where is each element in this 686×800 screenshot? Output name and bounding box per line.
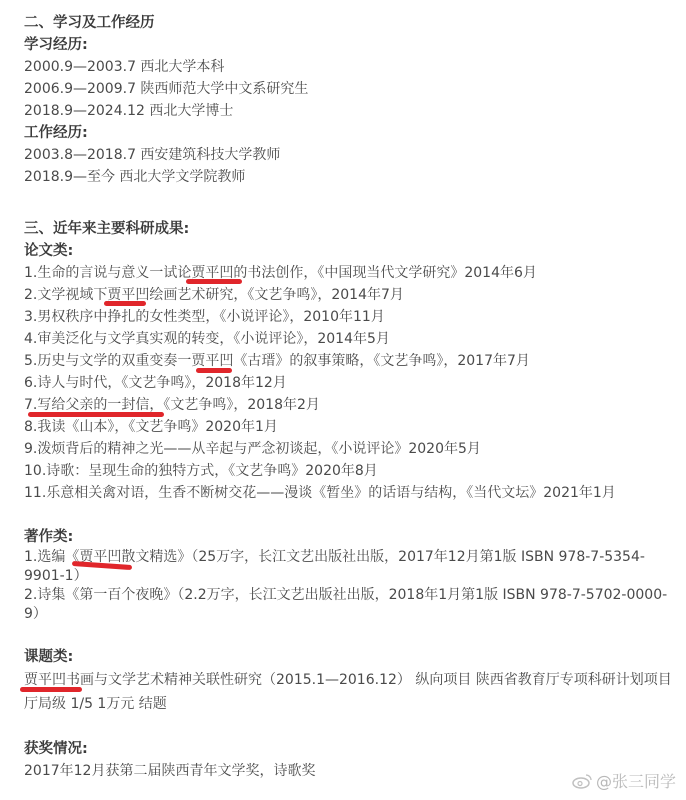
- work-item: 2018.9—至今 西北大学文学院教师: [24, 166, 674, 188]
- paper-item: 10.诗歌：呈现生命的独特方式，《文艺争鸣》2020年8月: [24, 460, 674, 482]
- resume-document: 二、学习及工作经历 学习经历: 2000.9—2003.7 西北大学本科 200…: [24, 12, 674, 782]
- book-item: 2.诗集《第一百个夜晚》（2.2万字，长江文艺出版社出版，2018年1月第1版 …: [24, 586, 674, 624]
- red-underline-mark: [20, 687, 82, 692]
- paper-item: 9.泼烦背后的精神之光——从辛起与严念初谈起，《小说评论》2020年5月: [24, 438, 674, 460]
- awards-heading: 获奖情况:: [24, 738, 674, 760]
- paper-item: 8.我读《山本》，《文艺争鸣》2020年1月: [24, 416, 674, 438]
- paper-item: 4.审美泛化与文学真实观的转变，《小说评论》，2014年5月: [24, 328, 674, 350]
- watermark-text: @张三同学: [596, 769, 676, 792]
- paper-item: 7.写给父亲的一封信，《文艺争鸣》，2018年2月: [24, 394, 674, 416]
- work-item: 2003.8—2018.7 西安建筑科技大学教师: [24, 144, 674, 166]
- paper-item: 5.历史与文学的双重变奏一贾平凹《古瑨》的叙事策略，《文艺争鸣》，2017年7月: [24, 350, 674, 372]
- paper-item: 6.诗人与时代，《文艺争鸣》，2018年12月: [24, 372, 674, 394]
- work-heading: 工作经历:: [24, 122, 674, 144]
- project-item: 贾平凹书画与文学艺术精神关联性研究（2015.1—2016.12） 纵向项目 陕…: [24, 668, 674, 716]
- paper-item: 1.生命的言说与意义一试论贾平凹的书法创作，《中国现当代文学研究》2014年6月: [24, 262, 674, 284]
- study-item: 2018.9—2024.12 西北大学博士: [24, 100, 674, 122]
- book-item: 1.选编《贾平凹散文精选》（25万字，长江文艺出版社出版，2017年12月第1版…: [24, 548, 674, 586]
- paper-item: 11.乐意相关禽对语，生香不断树交花——漫谈《暂坐》的话语与结构，《当代文坛》2…: [24, 482, 674, 504]
- weibo-icon: [572, 773, 592, 789]
- paper-item: 3.男权秩序中挣扎的女性类型，《小说评论》，2010年11月: [24, 306, 674, 328]
- study-heading: 学习经历:: [24, 34, 674, 56]
- papers-heading: 论文类:: [24, 240, 674, 262]
- study-item: 2006.9—2009.7 陕西师范大学中文系研究生: [24, 78, 674, 100]
- study-item: 2000.9—2003.7 西北大学本科: [24, 56, 674, 78]
- paper-item: 2.文学视域下贾平凹绘画艺术研究，《文艺争鸣》，2014年7月: [24, 284, 674, 306]
- projects-heading: 课题类:: [24, 646, 674, 668]
- section-title-research: 三、近年来主要科研成果:: [24, 218, 674, 240]
- watermark: @张三同学: [572, 769, 676, 792]
- books-heading: 著作类:: [24, 526, 674, 548]
- section-title-experience: 二、学习及工作经历: [24, 12, 674, 34]
